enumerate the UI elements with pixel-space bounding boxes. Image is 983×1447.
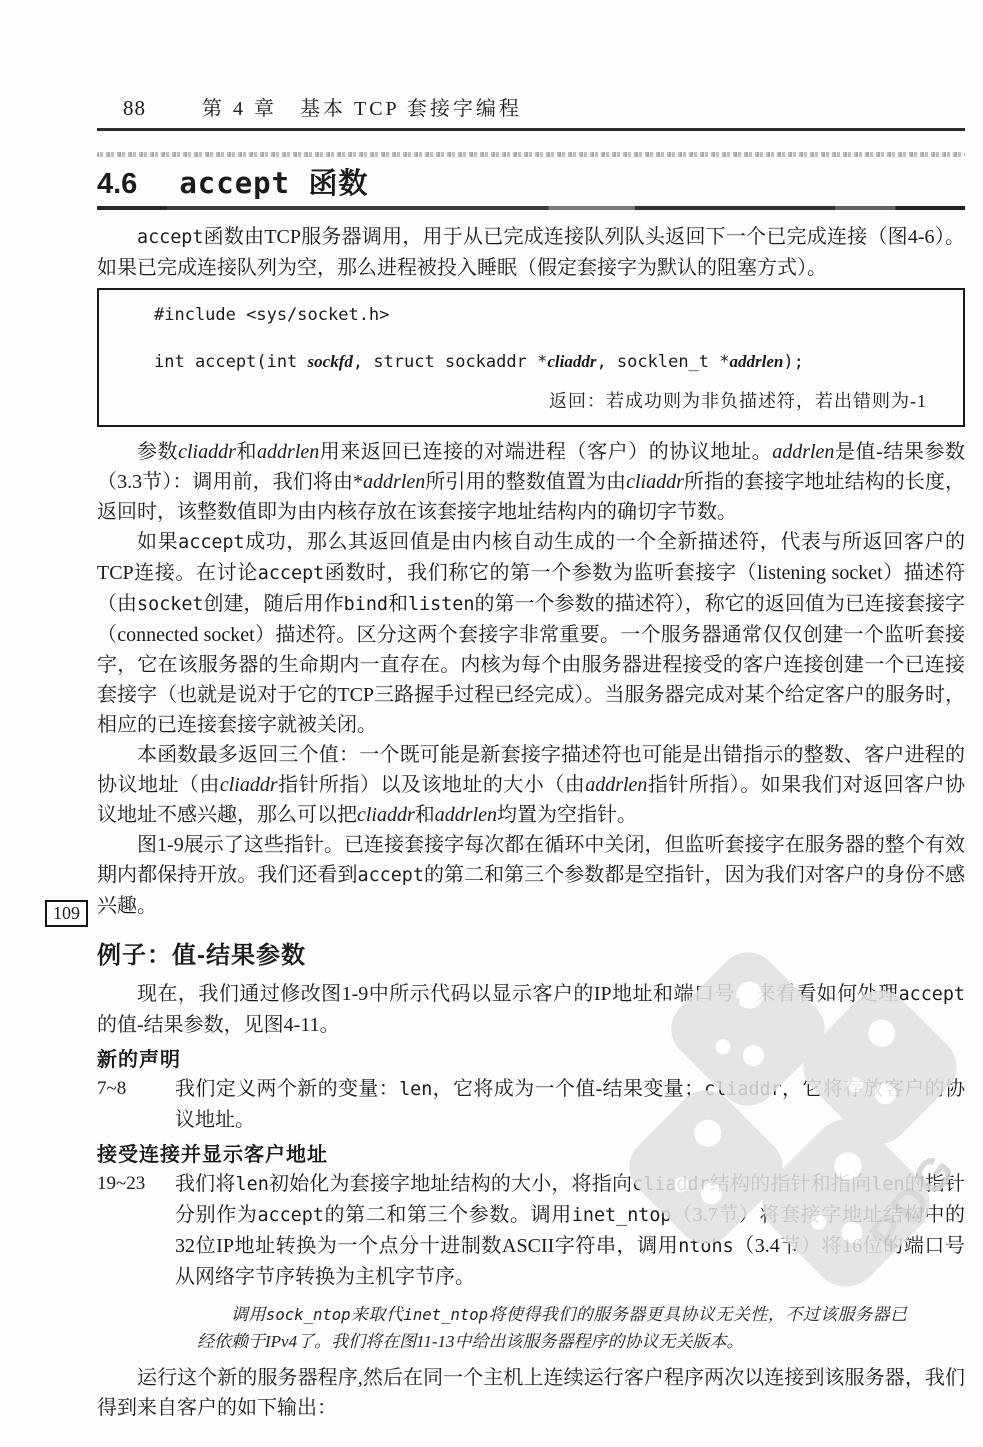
body-paragraph-three-values: 本函数最多返回三个值：一个既可能是新套接字描述符也可能是出错指示的整数、客户进程… <box>97 740 965 830</box>
body-paragraph-figure-1-9: 图1-9展示了这些指针。已连接套接字每次都在循环中关闭，但监听套接字在服务器的整… <box>97 830 965 921</box>
chapter-title: 第 4 章 基本 TCP 套接字编程 <box>202 92 522 121</box>
line-ref-item-19-23: 19~23 我们将len初始化为套接字地址结构的大小，将指向cliaddr结构的… <box>97 1169 965 1292</box>
line-ref-label: 7~8 <box>97 1074 175 1135</box>
body-paragraph-cliaddr-addrlen: 参数cliaddr和addrlen用来返回已连接的对端进程（客户）的协议地址。a… <box>97 437 965 527</box>
section-number: 4.6 <box>97 168 137 201</box>
margin-page-marker: 109 <box>45 900 88 927</box>
section-divider-speckle <box>97 152 965 157</box>
subheading-new-declarations: 新的声明 <box>97 1043 965 1072</box>
return-value-note: 返回：若成功则为非负描述符，若出错则为-1 <box>154 387 927 413</box>
closing-paragraph: 运行这个新的服务器程序,然后在同一个主机上连续运行客户程序两次以连接到该服务器，… <box>97 1363 965 1423</box>
page-number: 88 <box>123 96 146 121</box>
indented-note-paragraph: 调用sock_ntop来取代inet_ntop将使得我们的服务器更具协议无关性，… <box>197 1301 907 1355</box>
text-column: 88 第 4 章 基本 TCP 套接字编程 4.6 accept 函数 acce… <box>97 92 965 1423</box>
line-ref-label: 19~23 <box>97 1169 175 1292</box>
function-synopsis-box: #include <sys/socket.h> int accept(int s… <box>97 288 965 427</box>
intro-paragraph: accept函数由TCP服务器调用，用于从已完成连接队列队头返回下一个已完成连接… <box>97 222 965 283</box>
body-paragraph-accept-success: 如果accept成功，那么其返回值是由内核自动生成的一个全新描述符，代表与所返回… <box>97 527 965 740</box>
subheading-accept-display: 接受连接并显示客户地址 <box>97 1138 965 1167</box>
book-page: 88 第 4 章 基本 TCP 套接字编程 4.6 accept 函数 acce… <box>0 0 983 1447</box>
line-ref-text: 我们将len初始化为套接字地址结构的大小，将指向cliaddr结构的指针和指向l… <box>175 1169 965 1292</box>
include-line: #include <sys/socket.h> <box>154 305 927 325</box>
running-head: 88 第 4 章 基本 TCP 套接字编程 <box>97 92 965 131</box>
line-ref-item-7-8: 7~8 我们定义两个新的变量：len，它将成为一个值-结果变量；cliaddr，… <box>97 1074 965 1135</box>
function-signature-line: int accept(int sockfd, struct sockaddr *… <box>154 352 927 372</box>
section-title: accept 函数 <box>179 161 368 202</box>
section-heading: 4.6 accept 函数 <box>97 161 965 202</box>
section-heading-rule <box>97 206 965 210</box>
example-heading: 例子：值-结果参数 <box>97 935 965 970</box>
example-intro-paragraph: 现在，我们通过修改图1-9中所示代码以显示客户的IP地址和端口号，来看看如何处理… <box>97 979 965 1040</box>
line-ref-text: 我们定义两个新的变量：len，它将成为一个值-结果变量；cliaddr，它将存放… <box>175 1074 965 1135</box>
